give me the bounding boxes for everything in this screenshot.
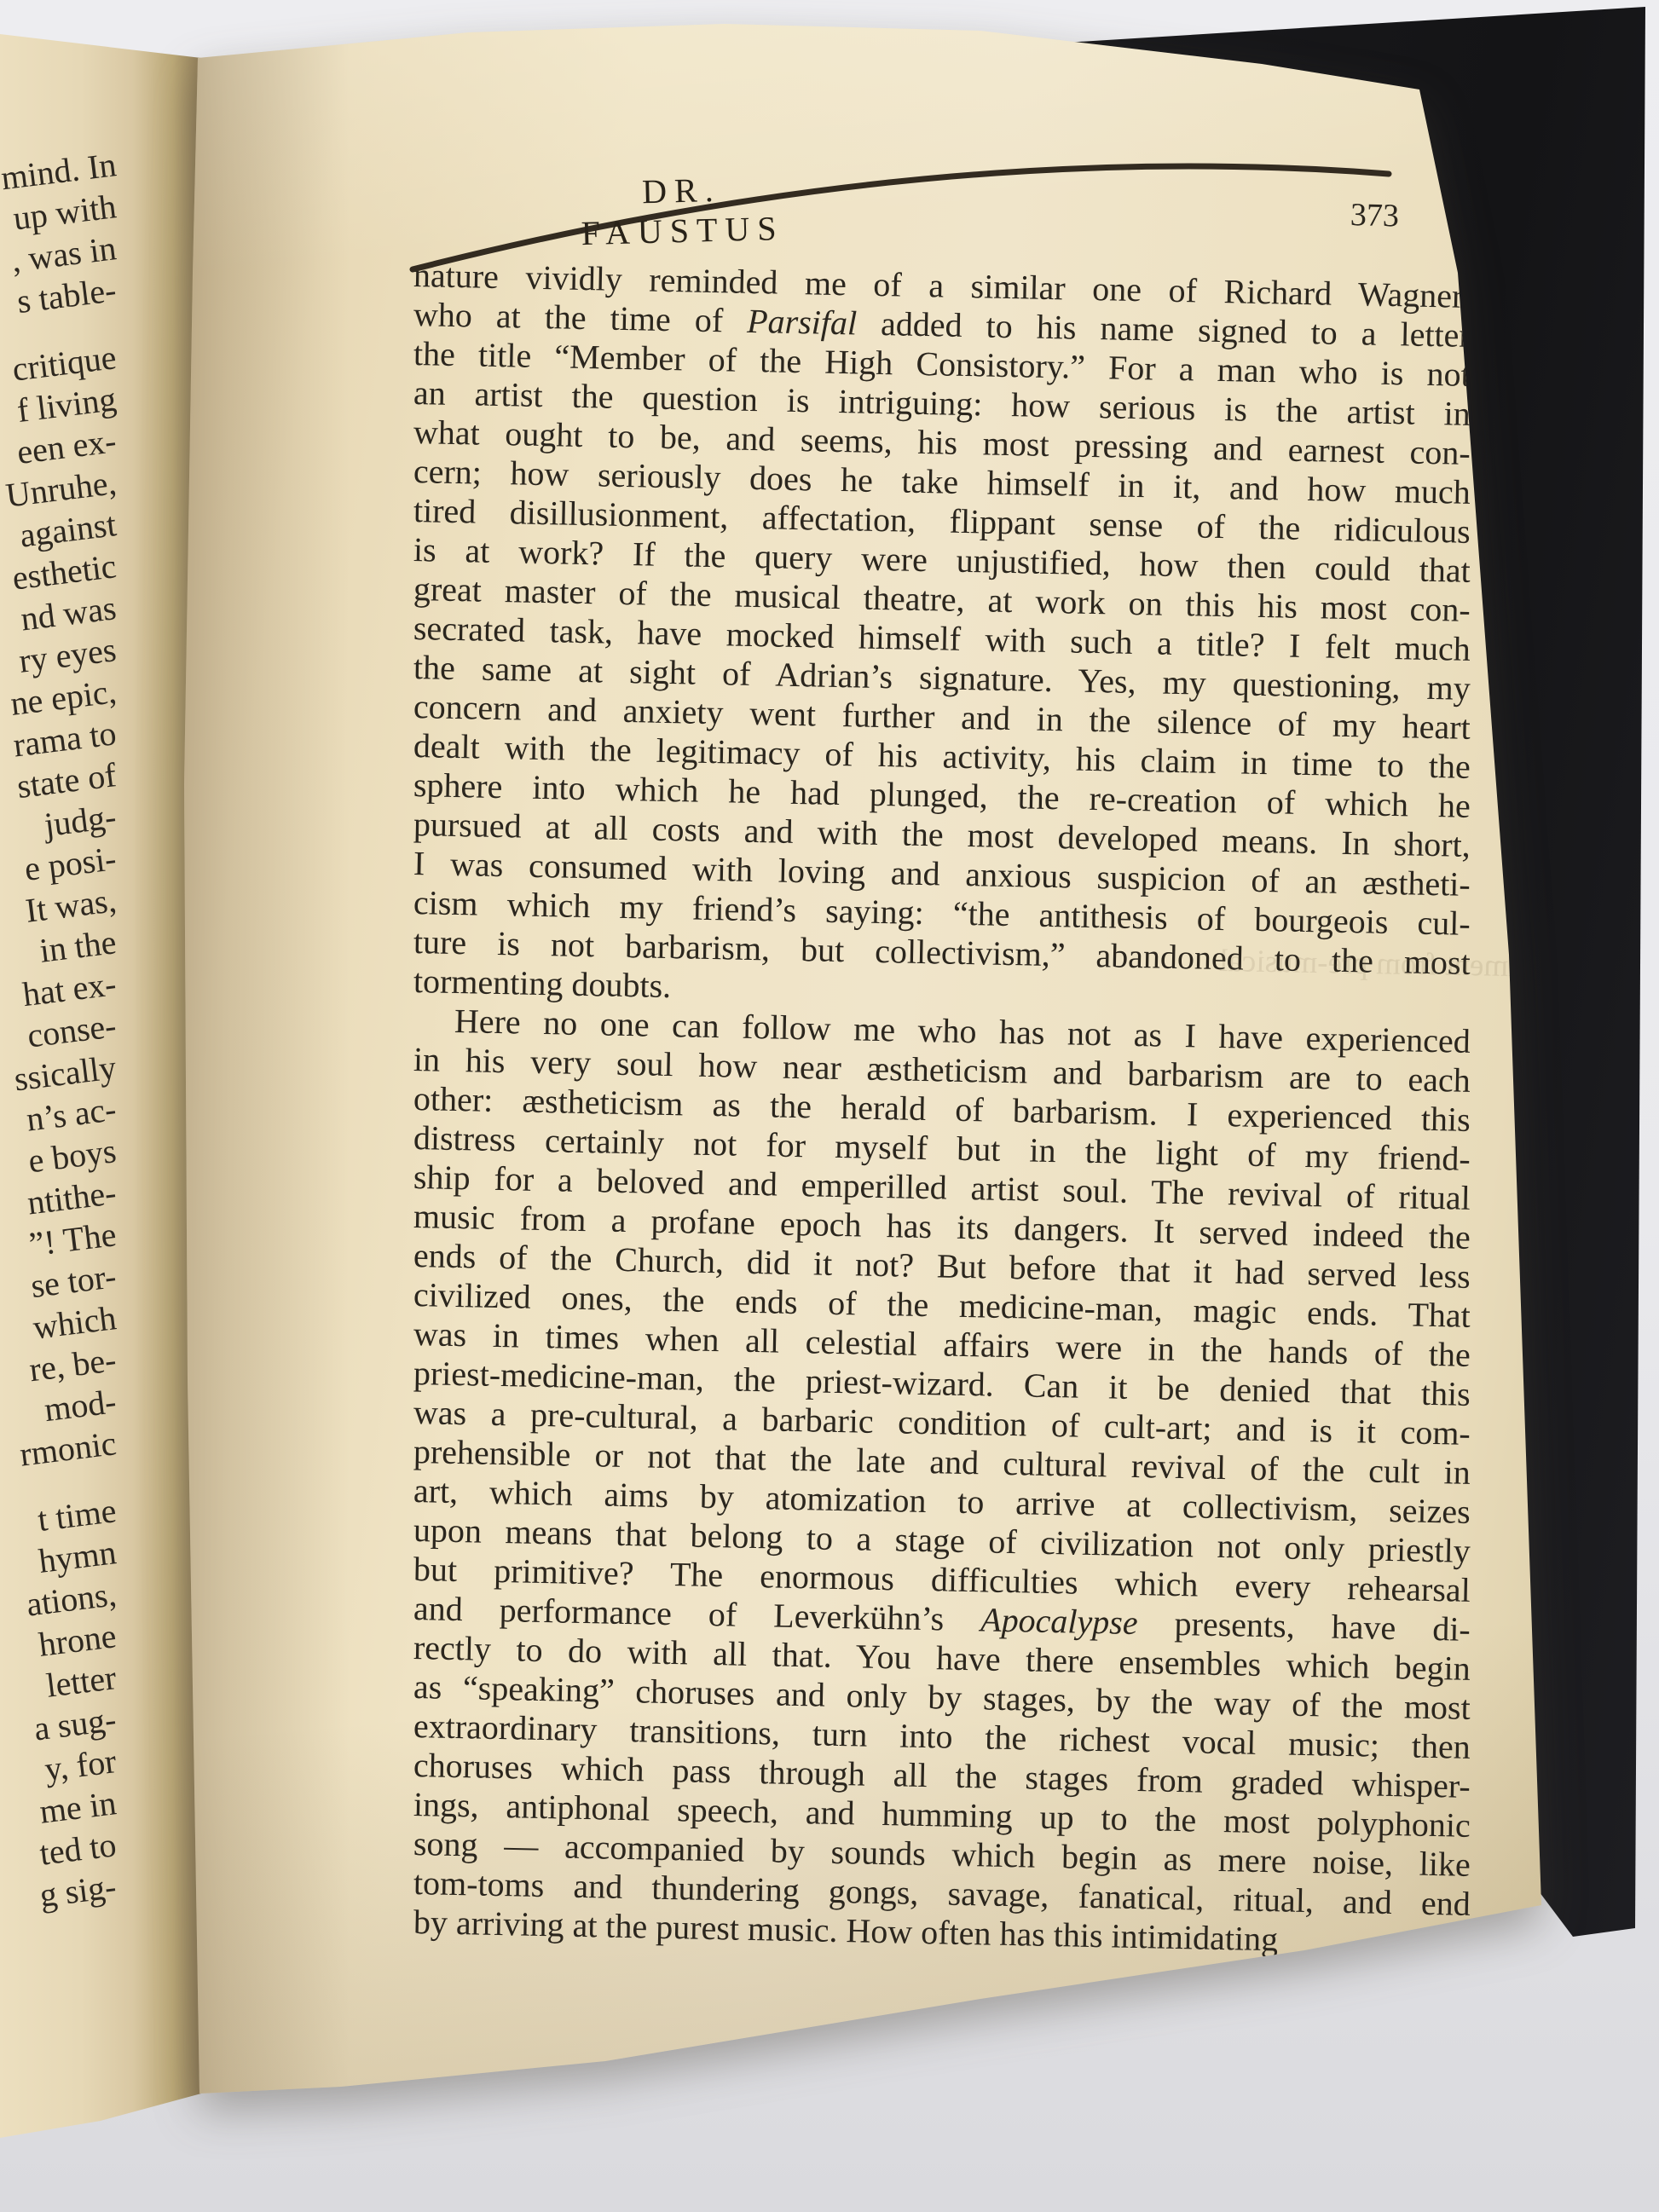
book-photo: mind. Inup with, was ins table-critiquef… — [0, 0, 1659, 2212]
paragraph-2: Here no one can follow me who has not as… — [413, 1001, 1471, 1942]
running-head: DR. FAUSTUS — [540, 167, 824, 255]
right-page: DR. FAUSTUS 373 nature vividly reminded … — [128, 17, 1569, 2101]
printed-text-block: DR. FAUSTUS 373 nature vividly reminded … — [413, 128, 1475, 2003]
page-number: 373 — [1304, 195, 1399, 235]
right-page-wrap: DR. FAUSTUS 373 nature vividly reminded … — [0, 0, 1659, 2212]
body-text: nature vividly reminded me of a similar … — [413, 256, 1471, 1942]
paragraph-1: nature vividly reminded me of a similar … — [413, 256, 1471, 1001]
